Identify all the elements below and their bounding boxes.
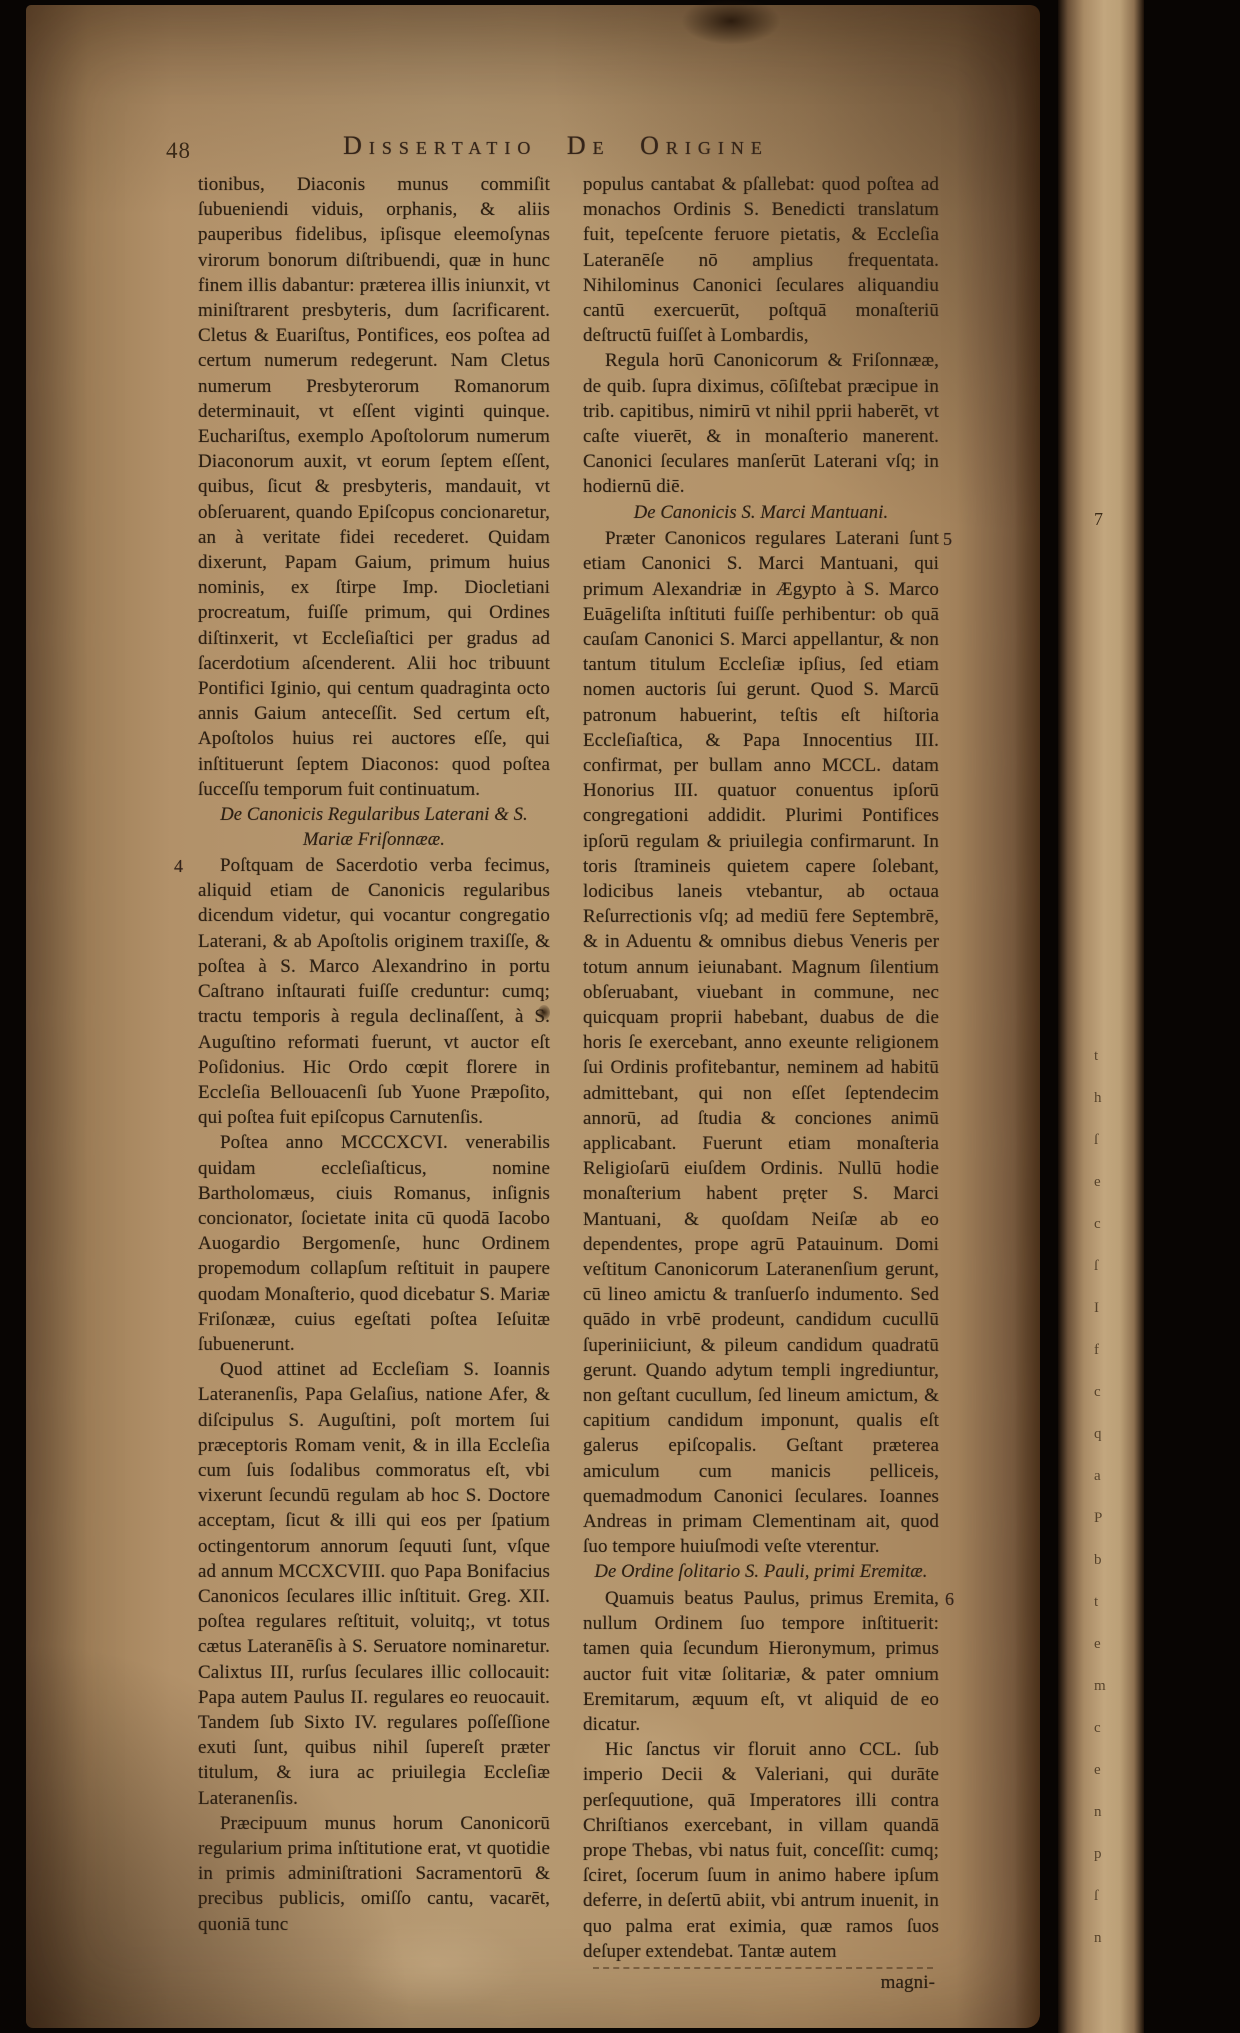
paragraph: Hic ſanctus vir floruit anno CCL. ſub im… <box>583 1737 939 1964</box>
ink-stain-top <box>681 0 781 45</box>
running-head: Dissertatio De Origine <box>311 131 801 161</box>
bleed-through-letter: ſ <box>1094 1888 1098 1905</box>
paragraph: Præter Canonicos regulares Laterani ſunt… <box>583 526 939 1559</box>
bleed-through-letter: b <box>1094 1552 1102 1569</box>
bleed-through-letter: n <box>1094 1930 1102 1947</box>
margin-paragraph-number: 6 <box>945 1589 954 1610</box>
section-heading: De Canonicis Regularibus Laterani & S.Ma… <box>198 803 550 852</box>
bleed-through-letter: ſ <box>1094 1132 1098 1149</box>
paragraph: Poſtea anno MCCCXCVI. venerabilis quidam… <box>198 1130 550 1357</box>
bleed-through-letter: t <box>1094 1594 1098 1611</box>
book-page: 48 Dissertatio De Origine tionibus, Diac… <box>26 5 1040 2028</box>
margin-paragraph-number: 4 <box>174 856 183 877</box>
bleed-through-letter: a <box>1094 1468 1101 1485</box>
bleed-through-letter: c <box>1094 1216 1101 1233</box>
bleed-through-letter: h <box>1094 1090 1102 1107</box>
bleed-through-letter: e <box>1094 1762 1101 1779</box>
bleed-through-letter: f <box>1094 1342 1099 1359</box>
bleed-through-letter: p <box>1094 1846 1102 1863</box>
bleed-through-letter: m <box>1094 1678 1106 1695</box>
page-number: 48 <box>166 138 191 164</box>
fore-edge-strip: thſecſIfcqaPbtemcenpſn <box>1058 0 1144 2033</box>
paragraph: Præcipuum munus horum Canonicorū regular… <box>198 1811 550 1937</box>
text-column-right: populus cantabat & pſallebat: quod poſte… <box>583 172 939 1995</box>
section-heading: De Ordine ſolitario S. Pauli, primi Erem… <box>583 1560 939 1585</box>
bleed-through-letter: e <box>1094 1174 1101 1191</box>
ink-smudge-line <box>593 1967 933 1969</box>
margin-paragraph-number: 5 <box>943 529 952 550</box>
paragraph: Quamuis beatus Paulus, primus Eremita, n… <box>583 1586 939 1737</box>
text-column-left: tionibus, Diaconis munus commiſit ſubuen… <box>198 172 550 1937</box>
paragraph: Quod attinet ad Eccleſiam S. Ioannis Lat… <box>198 1357 550 1811</box>
bleed-through-letter: P <box>1094 1510 1102 1527</box>
bleed-through-letter: t <box>1094 1048 1098 1065</box>
bleed-through-letter: I <box>1094 1300 1099 1317</box>
bleed-through-letter: q <box>1094 1426 1102 1443</box>
paragraph: tionibus, Diaconis munus commiſit ſubuen… <box>198 172 550 802</box>
paragraph: Poſtquam de Sacerdotio verba fecimus, al… <box>198 853 550 1130</box>
bleed-through-letter: c <box>1094 1384 1101 1401</box>
bleed-through-letter: ſ <box>1094 1258 1098 1275</box>
margin-paragraph-number: 7 <box>1094 509 1103 530</box>
bleed-through-letter: n <box>1094 1804 1102 1821</box>
bleed-through-letter: c <box>1094 1720 1101 1737</box>
bleed-through-letter: e <box>1094 1636 1101 1653</box>
section-heading: De Canonicis S. Marci Mantuani. <box>583 501 939 526</box>
catchword: magni- <box>583 1970 939 1995</box>
paragraph: Regula horū Canonicorum & Friſonnææ, de … <box>583 348 939 499</box>
paragraph: populus cantabat & pſallebat: quod poſte… <box>583 172 939 348</box>
